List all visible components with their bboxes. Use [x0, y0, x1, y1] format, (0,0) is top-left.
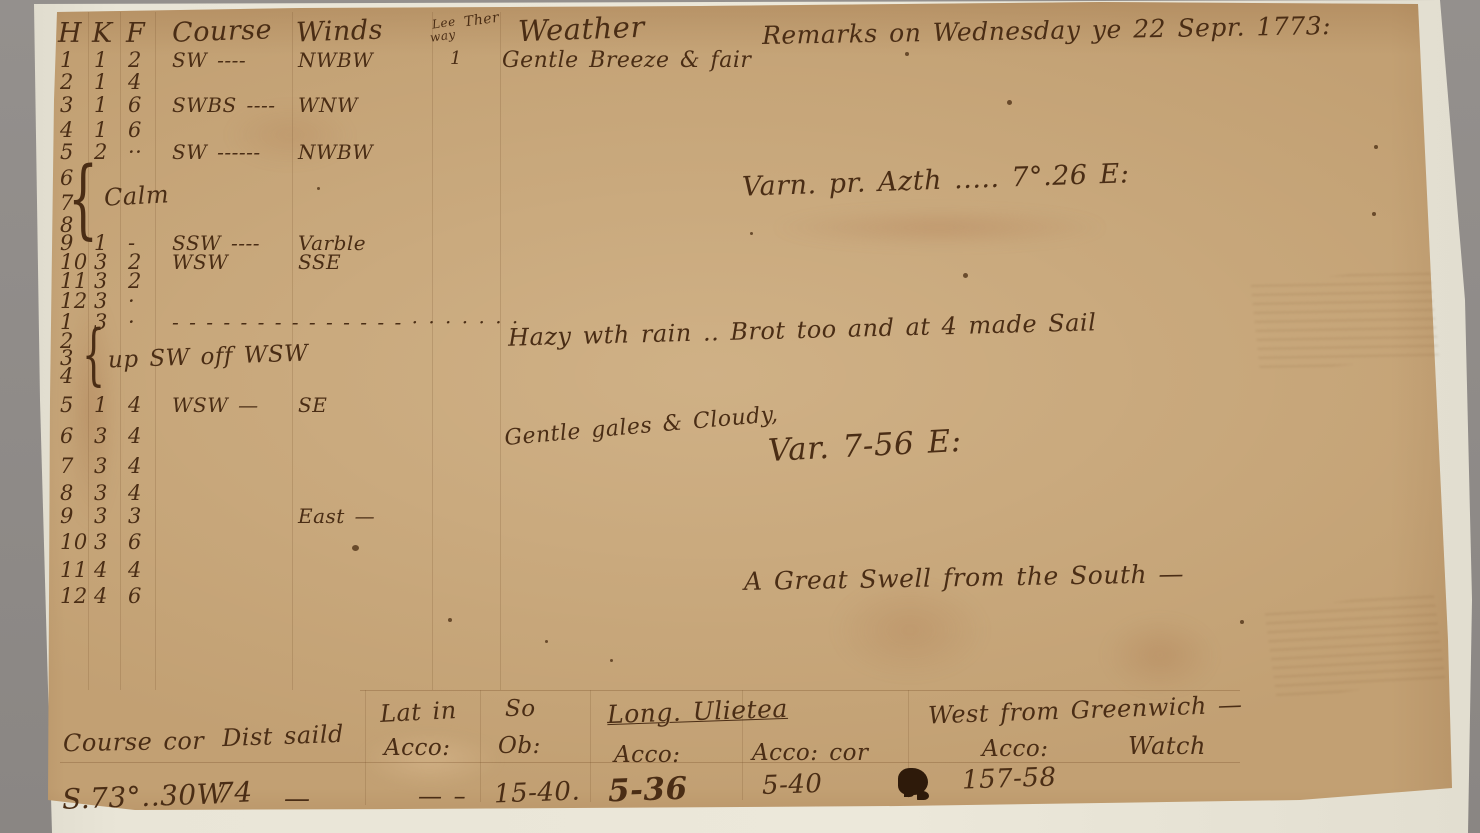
pm-row-5-f: 4	[128, 395, 142, 416]
footer-header-watch: Watch	[1128, 732, 1206, 760]
footer-value-dash-2: — –	[418, 782, 466, 810]
am-calm-brace: {	[68, 156, 98, 242]
pm-row-7-f: 4	[128, 456, 142, 477]
pm-brace: {	[82, 322, 105, 388]
footer-value-long-acco-cor: 5-40	[761, 769, 822, 801]
pm-row-8-f: 4	[128, 483, 142, 504]
pm-row-11-k: 4	[94, 560, 108, 581]
am-row-3-f: 6	[128, 95, 142, 116]
footer-value-dist: 74	[215, 775, 253, 809]
am-row-1-winds: NWBW	[298, 50, 373, 70]
footer-header-dist-saild: Dist saild	[222, 720, 345, 752]
am-row-5-winds: NWBW	[298, 142, 373, 162]
pm-row-10-h: 10	[60, 532, 88, 553]
pm-row-12-f: 6	[128, 586, 142, 607]
am-row-3-winds: WNW	[298, 95, 358, 115]
pm-row-7-h: 7	[60, 456, 74, 477]
am-row-2-k: 1	[94, 72, 108, 93]
pm-row-8-h: 8	[60, 483, 74, 504]
am-calm-label: Calm	[103, 180, 169, 211]
footer-value-lat-ob: 15-40.	[494, 777, 581, 810]
footer-header-lat-in: Lat in	[379, 696, 457, 728]
pm-row-9-k: 3	[94, 506, 108, 527]
pm-row-9-h: 9	[60, 506, 74, 527]
footer-value-west-acco: 157-58	[962, 762, 1057, 795]
am-row-5-f: ··	[128, 142, 142, 163]
pm-row-12-k: 4	[94, 586, 108, 607]
am-row-1-h: 1	[60, 50, 74, 71]
ink-blot	[898, 768, 928, 795]
footer-value-long-acco: 5-36	[607, 771, 688, 810]
pm-row-4-h: 4	[60, 366, 74, 387]
pm-row-1-f: ·	[128, 312, 135, 333]
am-row-3-k: 1	[94, 95, 108, 116]
pm-row-6-f: 4	[128, 426, 142, 447]
am-row-1-lee: 1	[450, 50, 462, 68]
pm-row-10-k: 3	[94, 532, 108, 553]
footer-header-long-acco: Acco:	[614, 742, 680, 768]
am-row-1-course: SW ----	[172, 50, 246, 70]
footer-value-dash-1: —	[284, 784, 311, 814]
am-row-4-k: 1	[94, 120, 108, 141]
pm-row-6-k: 3	[94, 426, 108, 447]
pm-row-5-course: WSW —	[172, 395, 259, 415]
footer-header-west-acco: Acco:	[982, 736, 1048, 762]
am-row-10-course: WSW	[172, 252, 228, 272]
pm-row-12-h: 12	[60, 586, 88, 607]
pm-row-8-k: 3	[94, 483, 108, 504]
pm-row-5-winds: SE	[298, 395, 327, 415]
footer-header-course-cor: Course cor	[63, 727, 205, 757]
pm-row-10-f: 6	[128, 532, 142, 553]
am-row-12-k: 3	[94, 291, 108, 312]
footer-header-ob: Ob:	[498, 733, 541, 759]
footer-header-long-acco-cor: Acco: cor	[752, 740, 869, 766]
am-row-4-f: 6	[128, 120, 142, 141]
footer-header-lat-acco: Acco:	[384, 735, 450, 761]
pm-row-11-f: 4	[128, 560, 142, 581]
pm-row-1-course: - - - - - - - - - - - - - - · · · · · · …	[172, 312, 519, 332]
am-row-4-h: 4	[60, 120, 74, 141]
logbook-photo: H K F Course Winds Lee way Ther Weather …	[0, 0, 1480, 833]
am-row-3-h: 3	[60, 95, 74, 116]
am-row-1-f: 2	[128, 50, 142, 71]
footer-header-so: So	[505, 696, 536, 722]
am-row-1-k: 1	[94, 50, 108, 71]
pm-row-7-k: 3	[94, 456, 108, 477]
pm-row-5-h: 5	[60, 395, 74, 416]
am-row-12-f: ·	[128, 291, 135, 312]
pm-row-6-h: 6	[60, 426, 74, 447]
am-row-3-course: SWBS ----	[172, 95, 276, 115]
am-row-2-f: 4	[128, 72, 142, 93]
pm-row-5-k: 1	[94, 395, 108, 416]
pm-row-9-winds: East —	[298, 506, 375, 526]
footer-value-course-cor: S.73°..30W	[61, 777, 226, 816]
am-row-10-winds: SSE	[298, 252, 341, 272]
am-row-5-course: SW ------	[172, 142, 261, 162]
pm-row-11-h: 11	[60, 560, 88, 581]
am-row-12-h: 12	[60, 291, 88, 312]
am-row-1-weather: Gentle Breeze & fair	[502, 50, 751, 72]
am-row-2-h: 2	[60, 72, 74, 93]
pm-row-9-f: 3	[128, 506, 142, 527]
